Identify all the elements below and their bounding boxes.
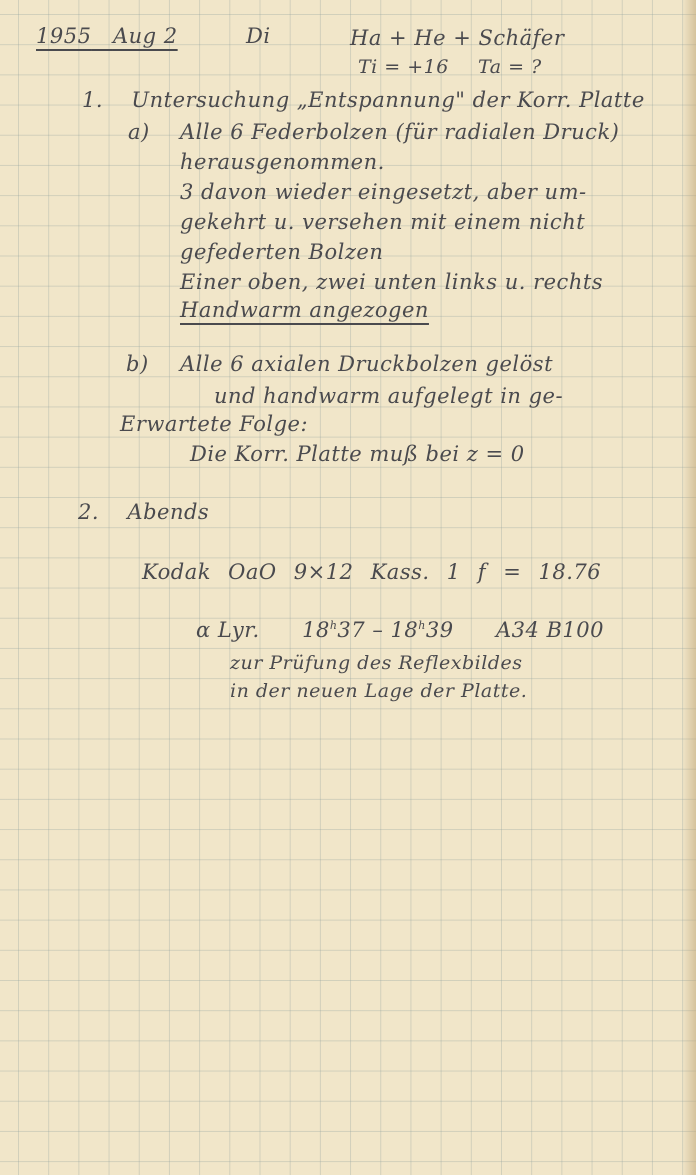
observers: Ha + He + Schäfer (350, 26, 564, 50)
hour-sup-2: h (418, 619, 426, 632)
exposure-line: α Lyr. 18h37 – 18h39 A34 B100 (196, 618, 604, 642)
time-start-m: 37 (337, 618, 365, 642)
item-a-line-1: Alle 6 Federbolzen (für radialen Druck) (180, 120, 619, 144)
section-2-title: Abends (127, 500, 209, 524)
entry-date: 1955 Aug 2 (36, 24, 178, 48)
star-name: α Lyr. (196, 618, 260, 642)
item-a-line-7: Handwarm angezogen (180, 298, 429, 322)
section-1-number: 1. (82, 88, 103, 112)
date-year: 1955 (36, 24, 91, 48)
expected-label: Erwartete Folge: (120, 412, 308, 436)
section-1-heading: 1. Untersuchung „Entspannung" der Korr. … (82, 88, 645, 112)
expected-text: Die Korr. Platte muß bei z = 0 (190, 442, 525, 466)
plate-line: Kodak OaO 9×12 Kass. 1 f = 18.76 (142, 560, 601, 584)
time-end-m: 39 (426, 618, 454, 642)
date-month-day: Aug 2 (113, 24, 178, 48)
time-start-h: 18 (302, 618, 330, 642)
temperature-inside: Ti = +16 (358, 56, 449, 78)
section-2-number: 2. (78, 500, 99, 524)
item-b-line-2: und handwarm aufgelegt in ge- (214, 384, 563, 408)
purpose-line-2: in der neuen Lage der Platte. (230, 680, 527, 702)
item-a-line-2: herausgenommen. (180, 150, 385, 174)
item-a-line-4: gekehrt u. versehen mit einem nicht (180, 210, 585, 234)
item-a-line-5: gefederten Bolzen (180, 240, 383, 264)
item-a-line-6: Einer oben, zwei unten links u. rechts (180, 270, 603, 294)
page-edge-shadow (682, 0, 696, 1175)
section-1-title: Untersuchung „Entspannung" der Korr. Pla… (131, 88, 644, 112)
purpose-line-1: zur Prüfung des Reflexbildes (230, 652, 522, 674)
time-end-h: 18 (391, 618, 419, 642)
item-a-line-3: 3 davon wieder eingesetzt, aber um- (180, 180, 587, 204)
item-b-label: b) (126, 352, 149, 376)
item-a-label: a) (128, 120, 150, 144)
exposure-codes: A34 B100 (496, 618, 604, 642)
section-2-heading: 2. Abends (78, 500, 209, 524)
weekday: Di (246, 24, 271, 48)
temperature-outside: Ta = ? (478, 56, 542, 78)
item-b-line-1: Alle 6 axialen Druckbolzen gelöst (180, 352, 553, 376)
